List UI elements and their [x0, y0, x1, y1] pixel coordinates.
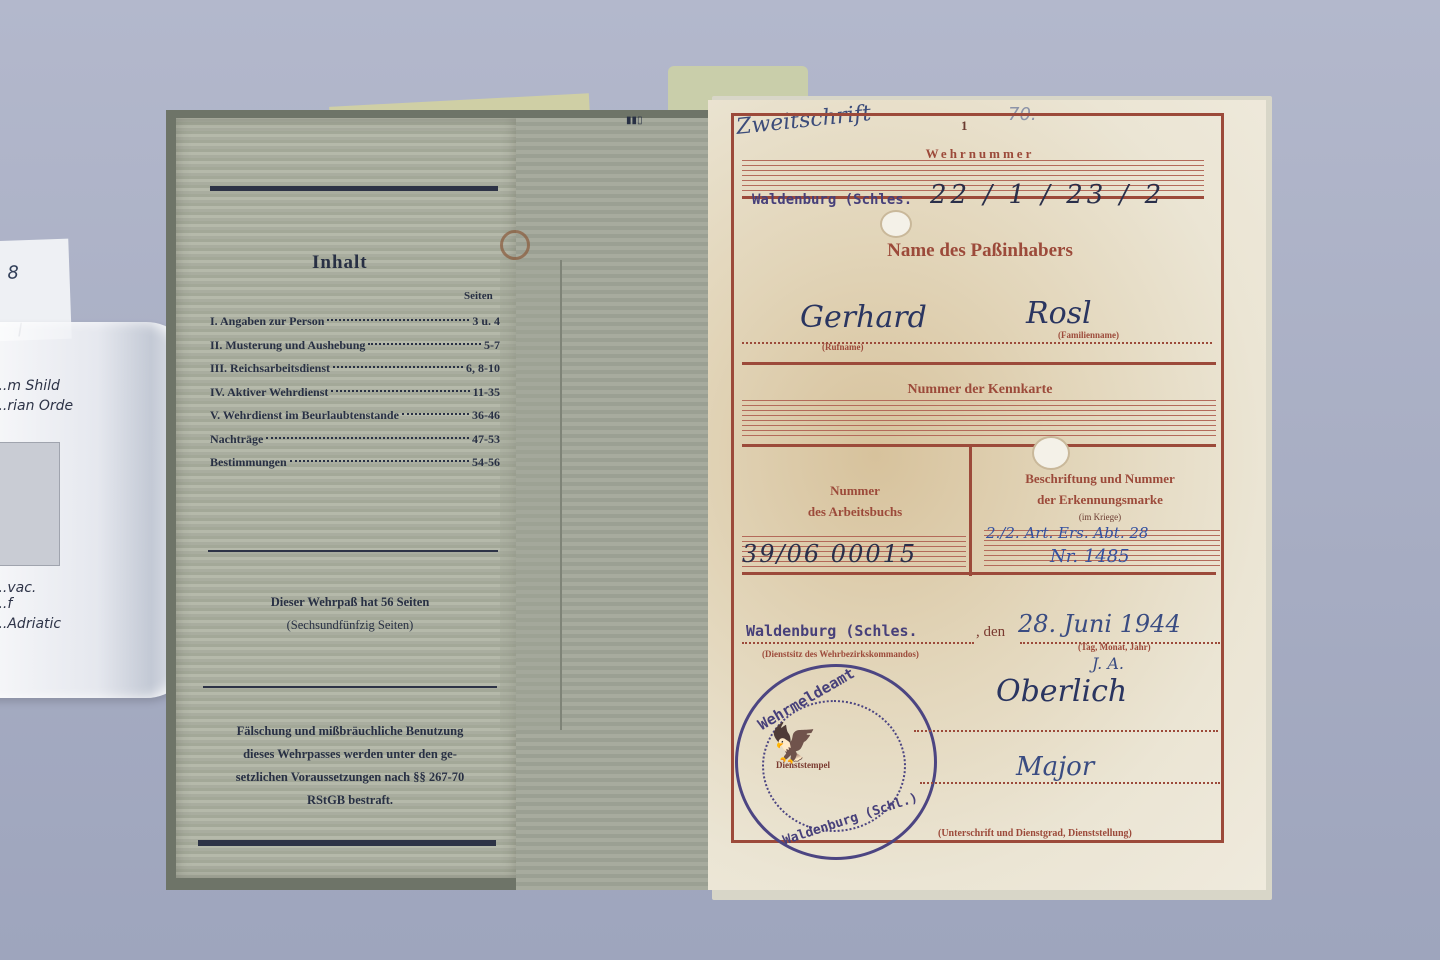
first-name: Gerhard — [800, 300, 927, 335]
date-prefix: , den — [976, 624, 1005, 641]
punch-hole — [880, 210, 912, 238]
id-tag-label: Beschriftung und Nummer der Erkennungsma… — [974, 468, 1226, 524]
rust-ring-mark — [500, 230, 530, 260]
divider-rule — [210, 186, 498, 191]
divider-rule — [198, 840, 496, 846]
section-divider — [742, 362, 1216, 365]
toc-row: IV. Aktiver Wehrdienst11-35 — [210, 381, 500, 405]
place-line — [742, 642, 974, 644]
signature-caption: (Unterschrift und Dienstgrad, Dienststel… — [938, 828, 1132, 839]
note-line: ...m Shild — [0, 378, 60, 394]
note-line: ...vac. — [0, 580, 36, 596]
warning-line: RStGB bestraft. — [200, 789, 500, 812]
note-line: ...Adriatic — [0, 616, 61, 632]
toc-row: Nachträge47-53 — [210, 428, 500, 452]
warning-line: setzlichen Voraussetzungen nach §§ 267-7… — [200, 766, 500, 789]
toc-row: I. Angaben zur Person3 u. 4 — [210, 310, 500, 334]
page-count-words: (Sechsundfünfzig Seiten) — [200, 614, 500, 637]
stamp-center-label: Dienststempel — [776, 760, 830, 770]
spine-mark: ▮▮▯ — [626, 115, 643, 126]
officer-rank: Major — [1016, 752, 1094, 782]
section-divider — [742, 572, 1216, 575]
place-caption: (Dienstsitz des Wehrbezirkskommandos) — [762, 649, 919, 659]
column-divider — [969, 446, 972, 576]
officer-signature: Oberlich — [996, 674, 1127, 709]
wehrnummer-place-stamp: Waldenburg (Schles. — [752, 192, 912, 208]
date-caption: (Tag, Monat, Jahr) — [1078, 642, 1151, 652]
table-of-contents: I. Angaben zur Person3 u. 4 II. Musterun… — [210, 310, 500, 475]
id-card-label: Nummer der Kennkarte — [740, 382, 1220, 398]
shield-badge-image — [0, 442, 60, 566]
initials: J. A. — [1092, 654, 1124, 673]
holder-name-label: Name des Paßinhabers — [740, 240, 1220, 262]
note-line: ...rian Orde — [0, 398, 73, 414]
divider-rule — [208, 550, 498, 552]
last-name: Rosl — [1026, 296, 1092, 331]
toc-row: II. Musterung und Aushebung5-7 — [210, 334, 500, 358]
contents-title: Inhalt — [312, 252, 368, 274]
note-line: ...f — [0, 596, 12, 612]
pages-header: Seiten — [464, 290, 493, 302]
work-book-number: 39/06 00015 — [742, 540, 917, 568]
punch-hole — [1032, 436, 1070, 470]
issue-date: 28. Juni 1944 — [1018, 610, 1181, 638]
signature-line — [914, 730, 1218, 732]
id-tag-unit: 2./2. Art. Ers. Abt. 28 — [986, 524, 1148, 542]
section-divider — [742, 444, 1216, 447]
id-tag-number: Nr. 1485 — [1050, 546, 1130, 567]
warning-line: Fälschung und mißbräuchliche Benutzung — [200, 720, 500, 743]
first-name-caption: (Rufname) — [822, 342, 864, 352]
note-mark: 8 — [7, 262, 19, 283]
toc-row: V. Wehrdienst im Beurlaubtenstande36-46 — [210, 404, 500, 428]
toc-row: Bestimmungen54-56 — [210, 451, 500, 475]
work-book-label: Nummer des Arbeitsbuchs — [742, 480, 968, 522]
name-line — [742, 342, 1212, 344]
divider-rule — [203, 686, 497, 688]
ruled-field — [742, 400, 1216, 440]
page-count-line: Dieser Wehrpaß hat 56 Seiten — [200, 591, 500, 614]
warning-line: dieses Wehrpasses werden unter den ge- — [200, 743, 500, 766]
district-command-stamp: Waldenburg (Schles. — [746, 622, 918, 640]
glass-paperweight: ...m Shild ...rian Orde ...vac. ...f ...… — [0, 322, 194, 698]
rank-line — [920, 782, 1220, 784]
toc-row: III. Reichsarbeitsdienst6, 8-10 — [210, 357, 500, 381]
wehrnummer-value: 22 / 1 / 23 / 2 — [930, 180, 1165, 210]
last-name-caption: (Familienname) — [1058, 330, 1119, 340]
cover-pocket-flap — [500, 260, 562, 730]
